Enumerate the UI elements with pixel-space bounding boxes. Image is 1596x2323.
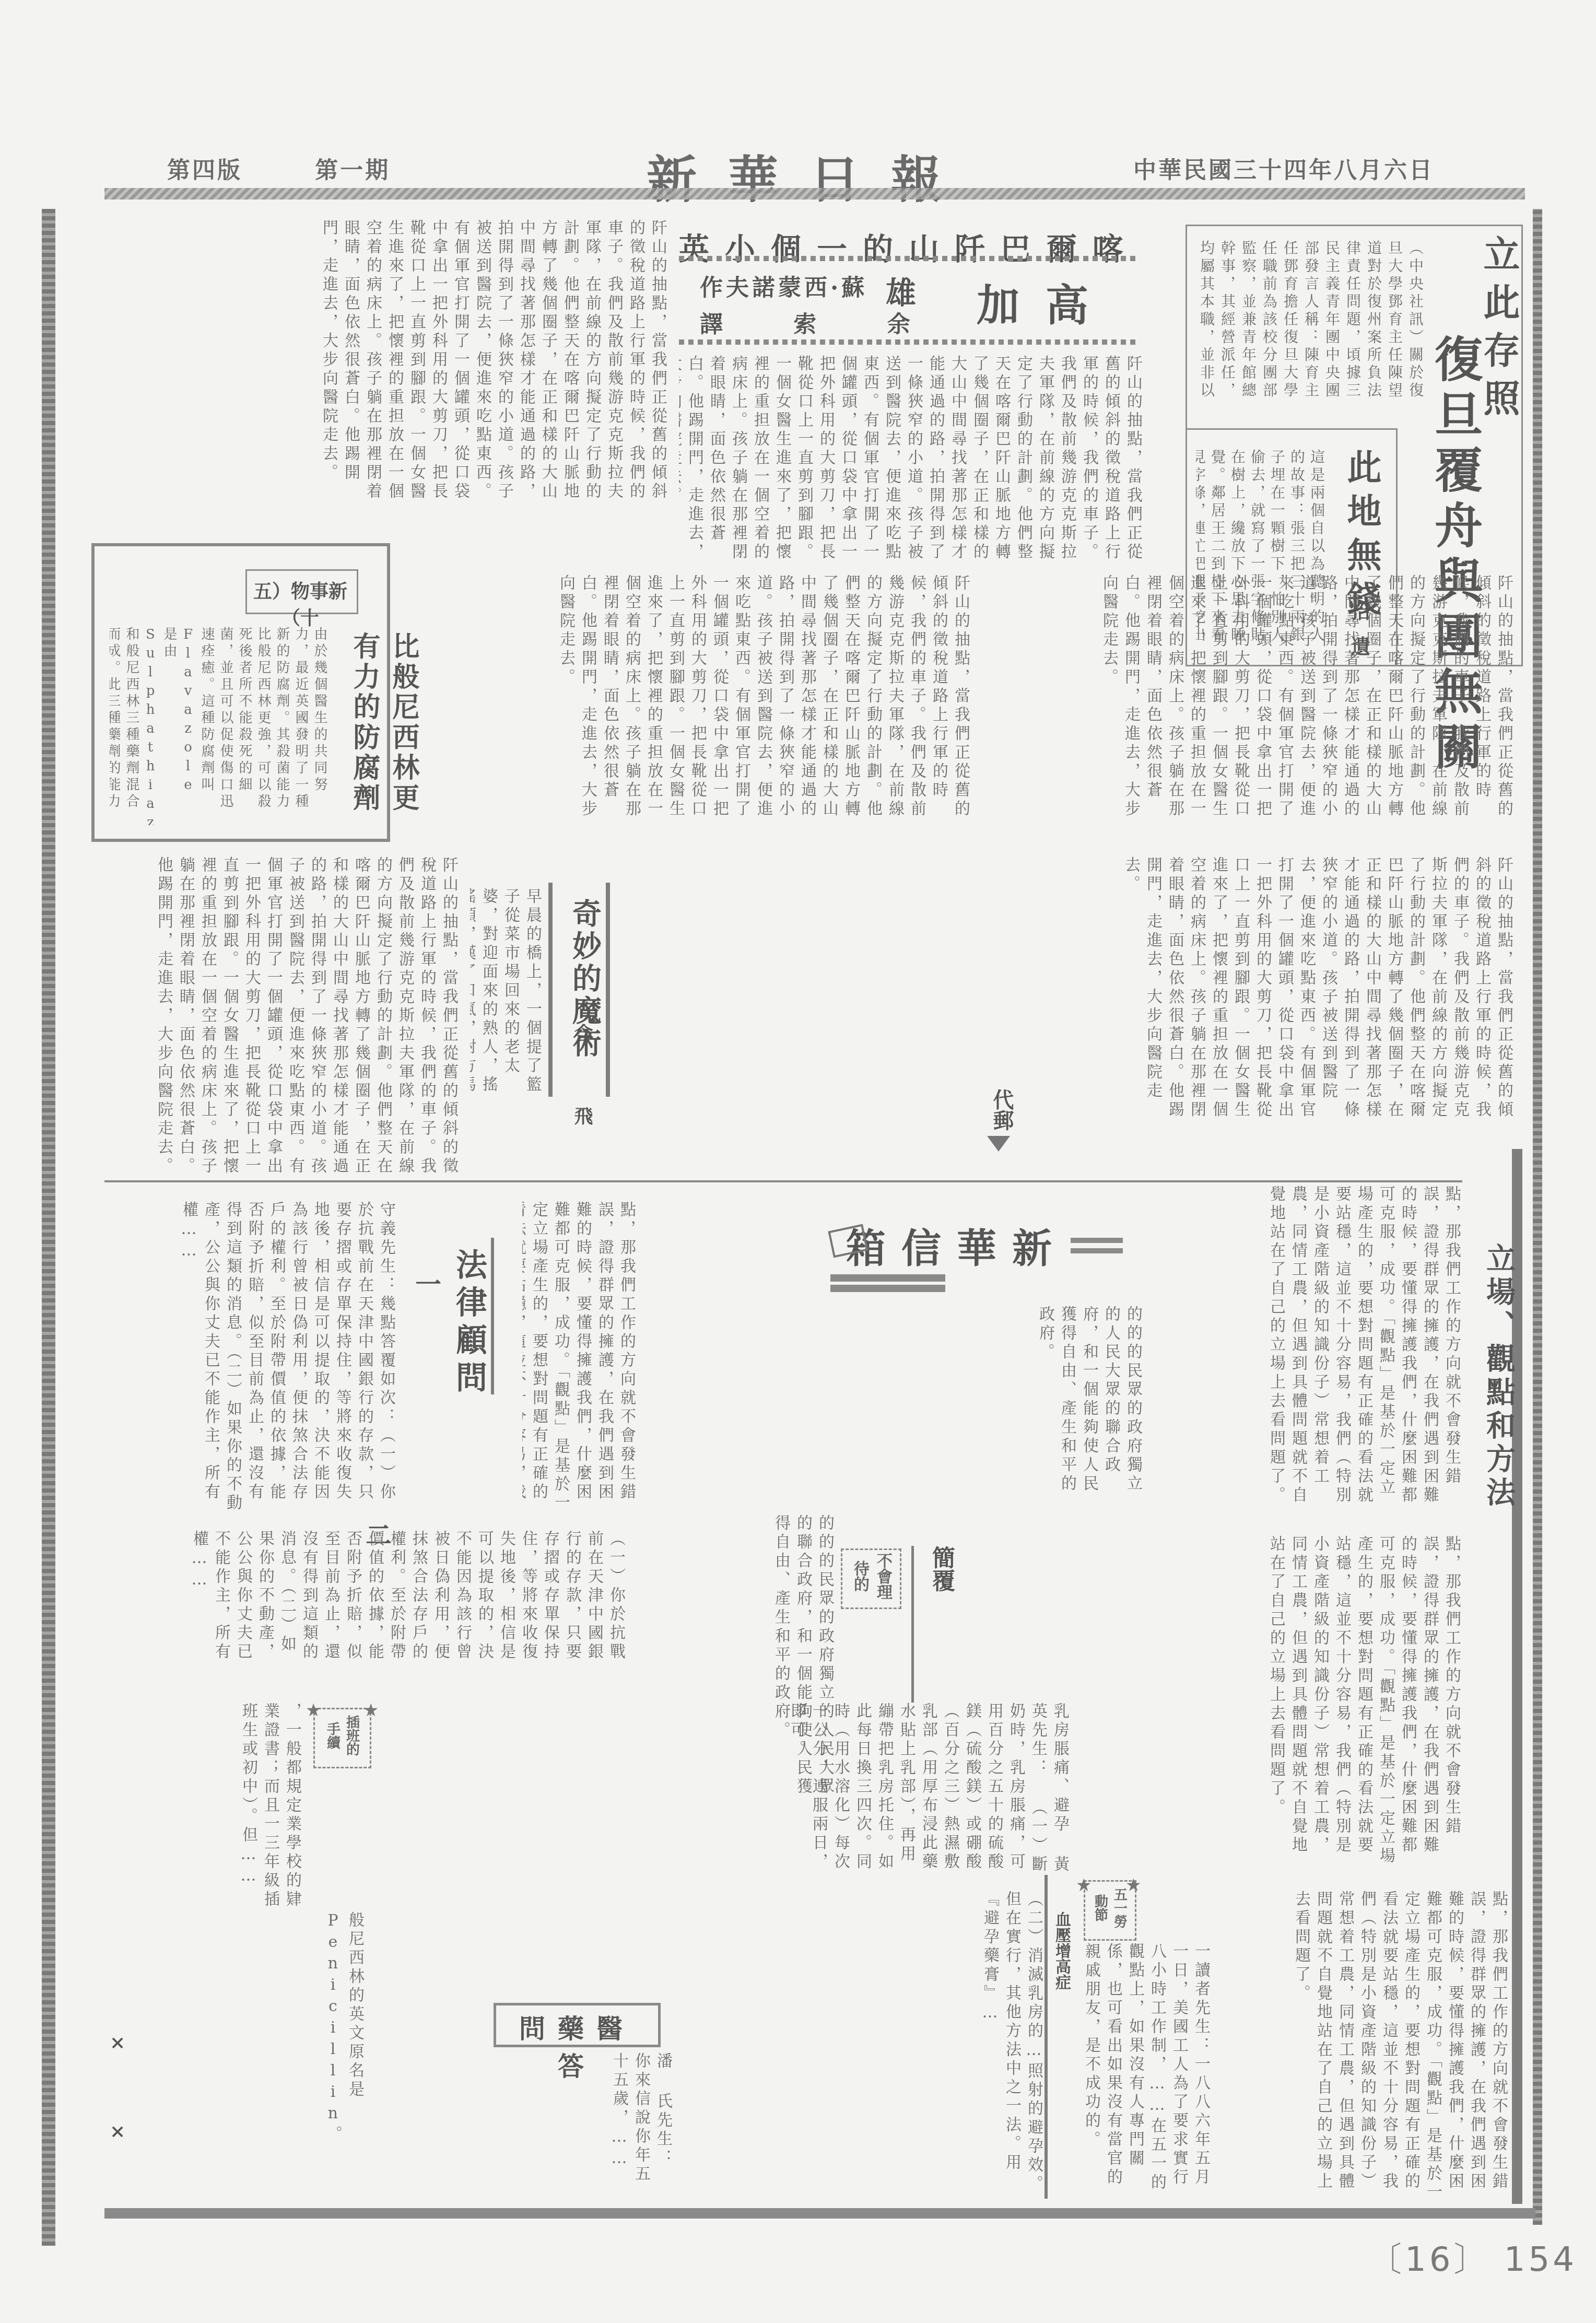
medical-body-lower: 潘 氏先生： 你來信說你年五十五歲，…… [392,2052,674,2199]
legal-text: （一）你於抗戰前在天津中國銀行的存款，只要存摺或存單保持住，等將來收復失地後，相… [180,1201,395,1513]
lower-section-divider [104,1180,1462,1182]
magic-author: 含 飛 [569,1024,596,1146]
masthead-title: 新華日報 [627,140,992,212]
mailbox-body-left: 點，那我們工作的方向就不會發生錯誤，證得群眾的擁護，在我們遇到困難的時候，要懂得… [522,1201,637,1515]
transfer-stamp-text: 插班的手續 [323,1709,362,1762]
star-icon: ★ [363,1700,379,1721]
magic-rule-left [548,883,553,1097]
lici-body: （中央社訊）關於復旦大學鄧育主任陳望道對於復州案所負法律責任問題，頃據三民主義青… [1196,240,1426,413]
legal-body-2: （一）你於抗戰前在天津中國銀行的存款，只要存摺或存單保持住，等將來收復失地後，相… [104,1530,627,1666]
medical-q2-greeting: 潘 氏先生： [654,2052,672,2168]
legal-headline: 法律顧問 [447,1248,491,1399]
mayday-stamp-text: 五一勞動節 [1091,1882,1130,1934]
bottom-border-rule [104,2208,1535,2219]
page-marker: 〔16〕 154 [1368,2233,1577,2281]
masthead-date: 中華民國三十四年八月六日 [1133,151,1434,185]
masthead-divider [104,188,1525,200]
brief-reply-label: 簡覆 [924,1546,958,1592]
right-border-rule [1533,209,1542,2225]
section-end-mark: × [110,2032,125,2054]
mailbox-rule-right-2 [1071,1248,1123,1253]
hero-body-middle-left: 阡山的抽點，當我們正從舊的傾斜的徵稅道路上行軍的時候，我們的車子。我們及散前幾游… [104,857,460,1180]
unreasonable-stamp: 不會理待的 [841,1548,901,1609]
issue-label: 第一期 [315,157,390,184]
hero-translator: 余 索 譯 [700,306,942,339]
mailbox-rule-left [830,1274,945,1282]
transfer-body: ，一般都規定業學校的肄業證書；而且一三年級插班生或初中）。但…… [104,1703,303,1922]
legal-subsection-one: 一 [415,1264,441,1301]
mayday-text: 一八八六年五月一日，美國工人為了要求實行八小時工作制，……在五一的觀點上，如果沒… [1082,1943,1210,2192]
legal-answer-intro: 幾點答覆如次： [377,1295,395,1427]
hero-body-middle-right: 阡山的抽點，當我們正從舊的傾斜的徵稅道路上行軍的時候，我們的車子。我們及散前幾游… [663,857,1515,1128]
hero-body-continued: 阡山的抽點，當我們正從舊的傾斜的徵稅道路上行軍的時候，我們的車子。我們及散前幾游… [418,574,971,825]
legal-body-1: 守義先生：幾點答覆如次：（一）你於抗戰前在天津中國銀行的存款，只要存摺或存單保持… [104,1201,397,1515]
section-end-mark: × [110,2120,125,2142]
unreasonable-stamp-text: 不會理待的 [848,1550,894,1602]
mailbox-rule-left-2 [830,1285,945,1292]
hero-wavy-top [679,256,1139,261]
hero-body-upper: 阡山的抽點，當我們正從舊的傾斜的徵稅道路上行軍的時候，我們的車子。我們及散前幾游… [679,355,1144,564]
left-border-rule [42,209,55,2246]
medical-body-upper: 乳房脹痛、避孕 黃英先生： （一）斷奶時，乳房脹痛，可用百分之五十的硫酸鎂（硫酸… [392,1703,1071,1880]
mailbox-rule-right [1071,1238,1123,1243]
hero-body-left-columns: 阡山的抽點，當我們正從舊的傾斜的徵稅道路上行軍的時候，我們的車子。我們及散前幾游… [104,219,668,512]
brief-reply-rule [911,1546,914,1703]
proxy-mail-label: 代郵 [987,1089,1017,1131]
newspaper-page: 第四版 第一期 新華日報 中華民國三十四年八月六日 立此存照 復旦覆舟與團無關 … [0,0,1596,2323]
page-number-label: 第四版 [167,157,242,184]
magic-body: 早晨的橋上，一個提了籃子從菜市場回來的老太婆，對迎面來的熟人，搖搖頭，嘆了口氣，… [470,888,543,1112]
medical-q2-body: 你來信說你年五十五歲，…… [610,2052,650,2184]
magic-rule-right [606,883,610,1097]
hero-body-lower: 阡山的抽點，當我們正從舊的傾斜的徵稅道路上行軍的時候，我們的車子。我們及散前幾游… [982,574,1515,825]
star-icon: ★ [306,1700,321,1721]
medical-body-left: 般尼西林的英文原名是 Penicillin。 [104,1911,366,2183]
hero-author: 蘇·西蒙諾夫作 [700,269,867,302]
newthings-column-tag: 新事物（五十） [251,577,350,630]
star-icon: ★ [1076,1875,1092,1896]
mailbox-body: 的的的民眾的政府獨立的人民大眾的聯合政府，和一個能夠使人民獲得自由、產生和平的政… [642,1306,1144,1504]
medical-q1-title: 乳房脹痛、避孕 [1051,1703,1069,1834]
penicillin-note: 般尼西林的英文原名是 Penicillin。 [324,1911,364,2144]
stance-headline: 立場、觀點和方法 [1478,1243,1520,1510]
newthings-body: 由於幾個醫生的共同努力，最近英國發明了一種新的防腐劑。其殺菌能力比般尼西林更強，… [110,627,329,825]
newthings-headline: 比般尼西林更有力的防腐劑 [345,632,423,830]
star-icon: ★ [1125,1875,1141,1896]
medical-body-right: （二）消滅乳房的…照射的避孕效。但在實行，其他方法中之一法。用『避孕藥膏』… [679,1891,1045,2199]
mayday-rule [1045,1875,1048,2199]
stance-body-lower: 點，那我們工作的方向就不會發生錯誤，證得群眾的擁護，在我們遇到困難的時候，要懂得… [1086,1535,1462,1870]
mayday-greeting: 一讀者先生： [1192,1943,1210,2056]
hero-title: 高加 [977,272,1114,333]
masthead-page-label: 第四版 第一期 [167,151,390,185]
stance-body-upper: 點，那我們工作的方向就不會發生錯誤，證得群眾的擁護，在我們遇到困難的時候，要懂得… [1149,1186,1462,1509]
proxy-mail-triangle-icon [987,1136,1010,1152]
medical-q1-body: （一）斷奶時，乳房脹痛，可用百分之五十的硫酸鎂（硫酸鎂）或硼酸（百分之三）熱濕敷… [788,1703,1047,1874]
mayday-body: 一讀者先生：一八八六年五月一日，美國工人為了要求實行八小時工作制，……在五一的觀… [1065,1943,1212,2193]
mailbox-banner: 新華信箱 [846,1217,1067,1274]
stance-body-bottom: 點，那我們工作的方向就不會發生錯誤，證得群眾的擁護，在我們遇到困難的時候，要懂得… [1217,1891,1509,2204]
lici-text: 關於復旦大學鄧育主任陳望道對於復州案所負法律責任問題，頃據三民主義青年團中央團部… [1196,240,1424,400]
hero-wavy-bottom [679,339,1139,345]
lici-source: （中央社訊） [1407,240,1424,347]
legal-greeting: 守義先生： [377,1201,395,1295]
